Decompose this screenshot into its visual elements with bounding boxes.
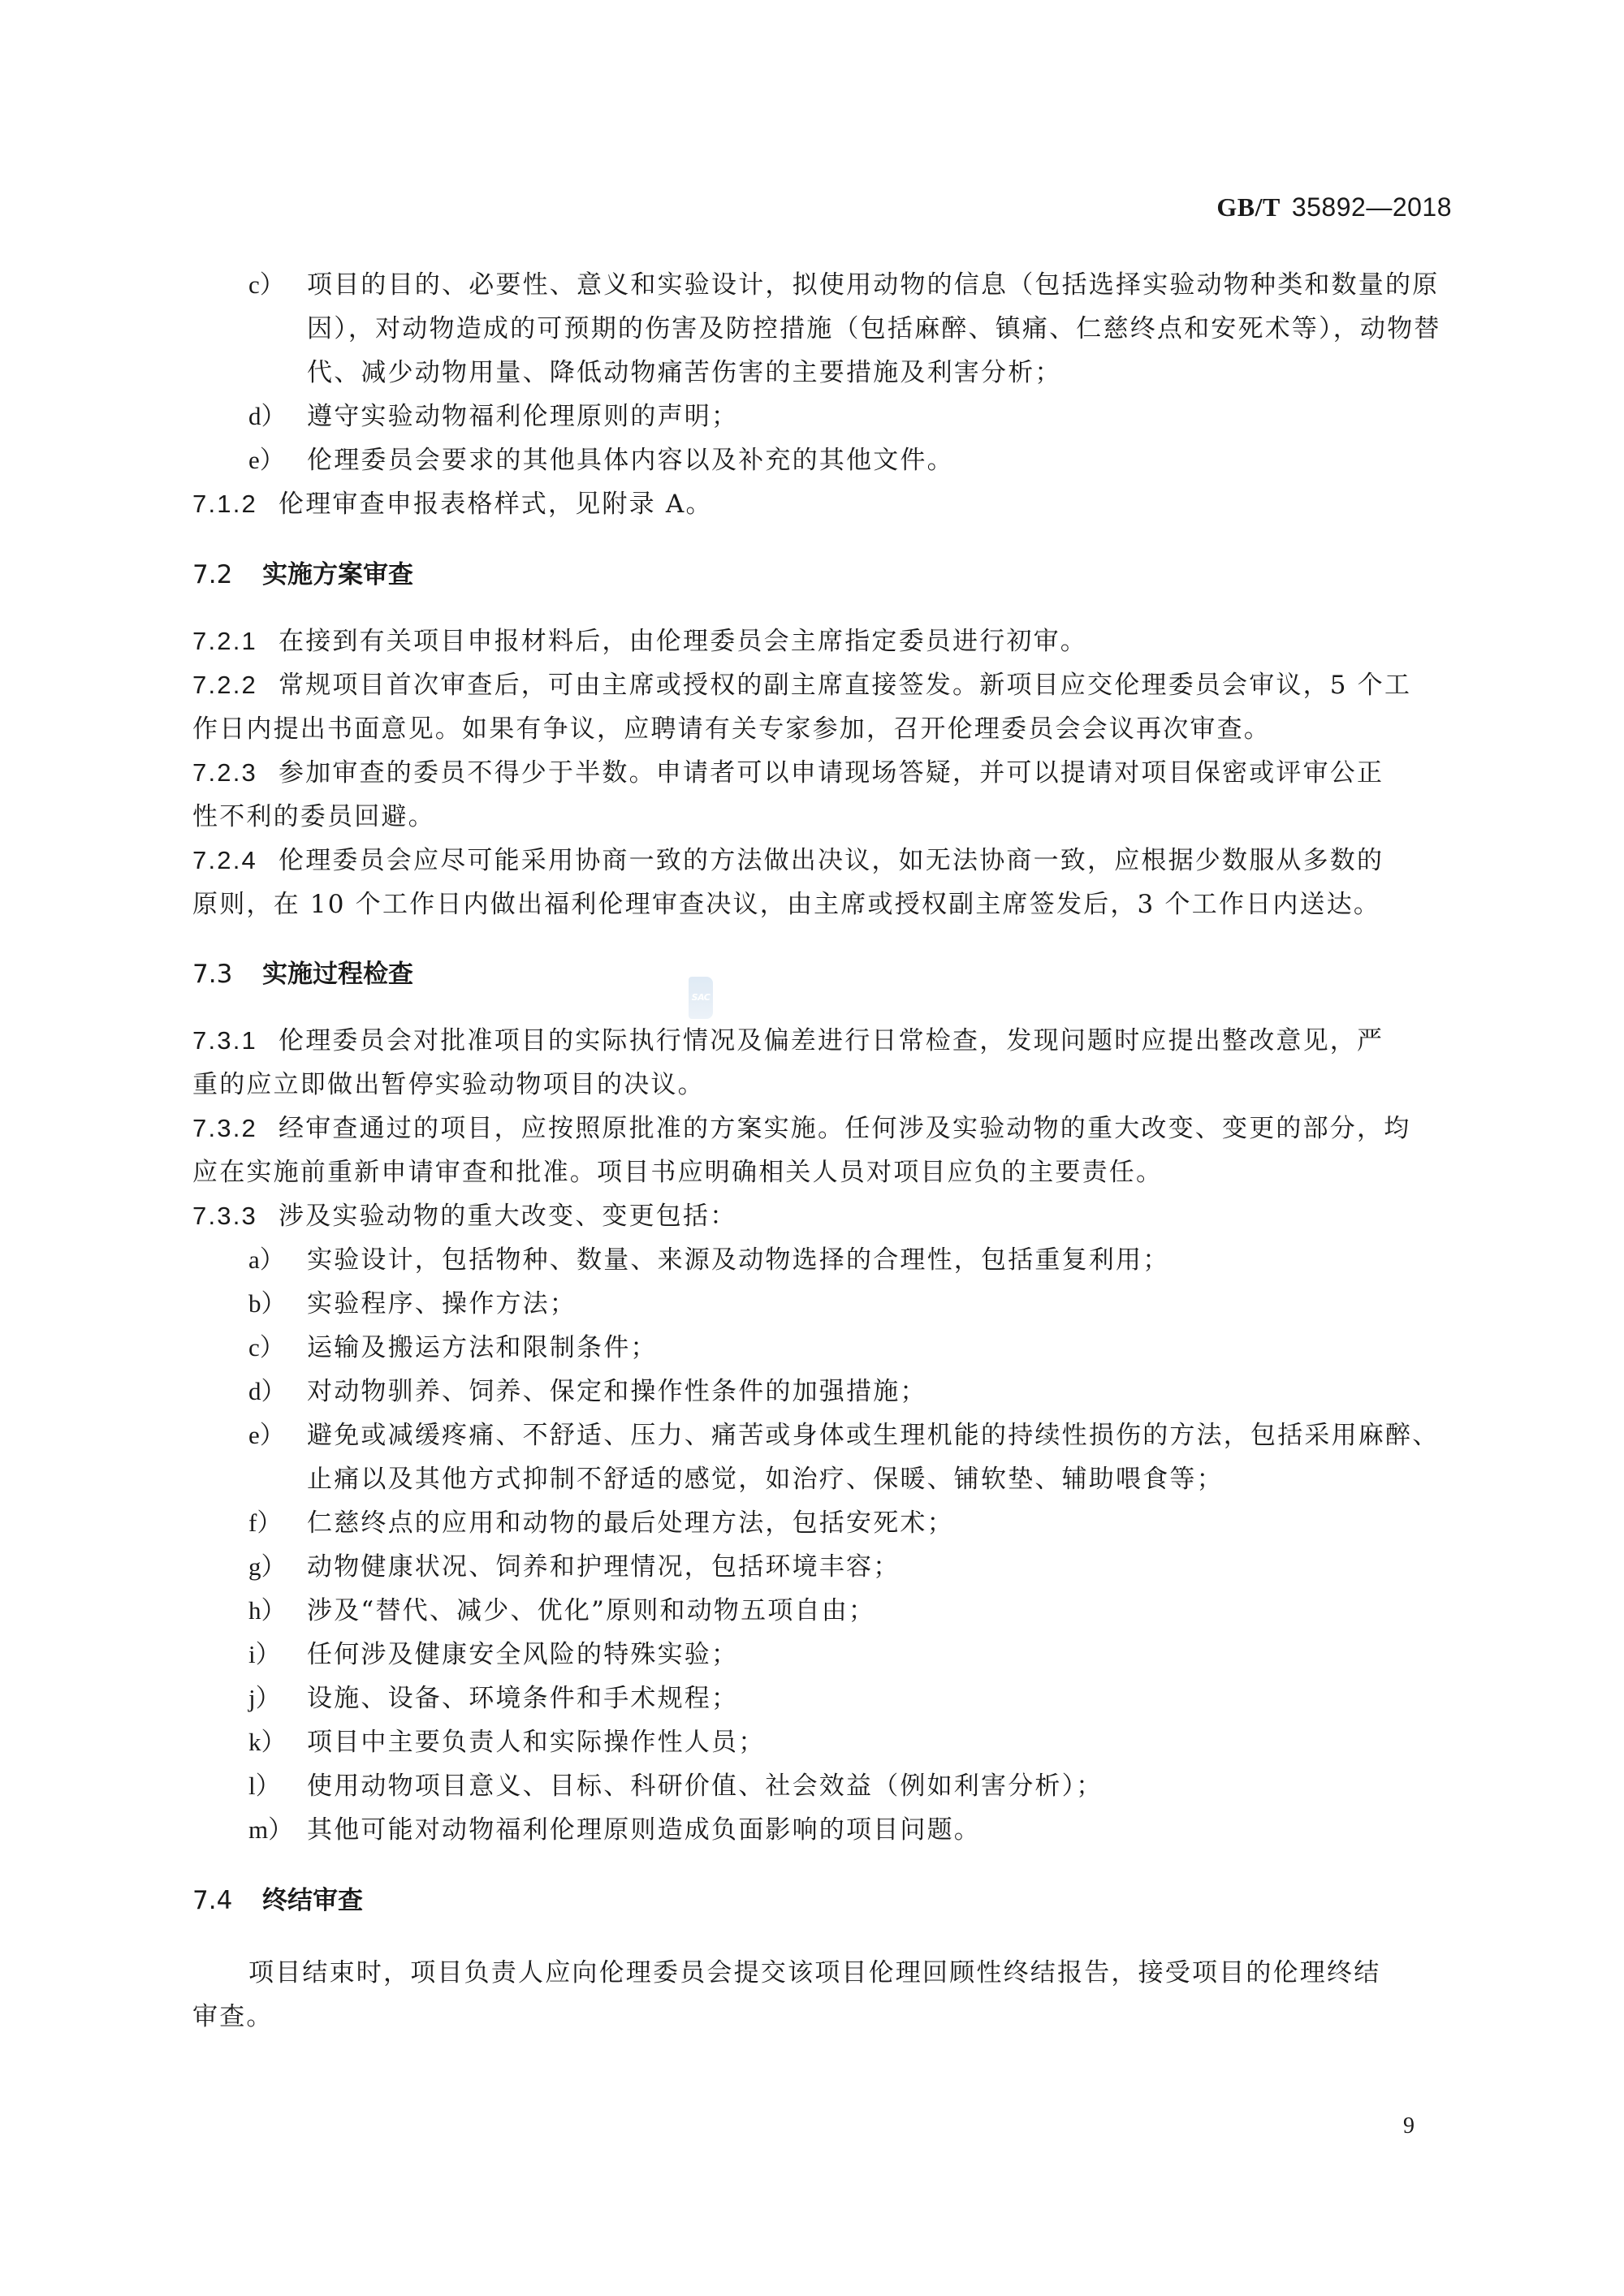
section-title: 实施过程检查 xyxy=(262,960,413,989)
clause-7-3-1: 7.3.1伦理委员会对批准项目的实际执行情况及偏差进行日常检查，发现问题时应提出… xyxy=(192,1025,1384,1057)
clause-number: 7.2.2 xyxy=(192,669,279,701)
paragraph-text: 项目结束时，项目负责人应向伦理委员会提交该项目伦理回顾性终结报告，接受项目的伦理… xyxy=(248,1957,1380,1989)
section-heading-7-3: 7.3实施过程检查 xyxy=(192,958,413,990)
list-item-text: 仁慈终点的应用和动物的最后处理方法，包括安死术； xyxy=(307,1507,954,1539)
list-item-text: 设施、设备、环境条件和手术规程； xyxy=(307,1682,738,1715)
list-item-text: 其他可能对动物福利伦理原则造成负面影响的项目问题。 xyxy=(307,1814,981,1846)
list-item-letter: a） xyxy=(248,1244,285,1276)
standard-prefix: GB/T xyxy=(1216,192,1280,222)
section-heading-7-4: 7.4终结审查 xyxy=(192,1884,363,1917)
clause-text: 伦理委员会对批准项目的实际执行情况及偏差进行日常检查，发现问题时应提出整改意见，… xyxy=(279,1026,1384,1055)
list-item-letter: d） xyxy=(248,400,287,433)
list-item-text: 伦理委员会要求的其他具体内容以及补充的其他文件。 xyxy=(307,444,954,477)
clause-7-1-2: 7.1.2伦理审查申报表格样式，见附录 A。 xyxy=(192,488,713,520)
clause-text-continued: 作日内提出书面意见。如果有争议，应聘请有关专家参加，召开伦理委员会会议再次审查。 xyxy=(192,713,1271,745)
clause-number: 7.2.4 xyxy=(192,844,279,877)
list-item-text: 涉及“替代、减少、优化”原则和动物五项自由； xyxy=(307,1595,875,1627)
list-item-text: 实验程序、操作方法； xyxy=(307,1288,577,1320)
clause-7-2-4: 7.2.4伦理委员会应尽可能采用协商一致的方法做出决议，如无法协商一致，应根据少… xyxy=(192,844,1384,877)
clause-text: 涉及实验动物的重大改变、变更包括： xyxy=(279,1202,736,1231)
clause-7-3-3: 7.3.3涉及实验动物的重大改变、变更包括： xyxy=(192,1200,736,1232)
section-number: 7.2 xyxy=(192,559,262,591)
clause-7-2-2: 7.2.2常规项目首次审查后，可由主席或授权的副主席直接签发。新项目应交伦理委员… xyxy=(192,669,1411,701)
list-item-text: 止痛以及其他方式抑制不舒适的感觉，如治疗、保暖、铺软垫、辅助喂食等； xyxy=(307,1463,1224,1495)
clause-number: 7.2.3 xyxy=(192,757,279,789)
paragraph-text-continued: 审查。 xyxy=(192,2000,274,2033)
list-item-text: 代、减少动物用量、降低动物痛苦伤害的主要措施及利害分析； xyxy=(307,356,1062,389)
clause-number: 7.3.1 xyxy=(192,1025,279,1057)
list-item-text: 因），对动物造成的可预期的伤害及防控措施（包括麻醉、镇痛、仁慈终点和安死术等），… xyxy=(307,313,1441,345)
list-item-letter: d） xyxy=(248,1375,287,1408)
clause-text: 参加审查的委员不得少于半数。申请者可以申请现场答疑，并可以提请对项目保密或评审公… xyxy=(279,758,1384,788)
list-item-letter: m） xyxy=(248,1814,293,1846)
list-item-letter: l） xyxy=(248,1770,281,1802)
section-title: 实施方案审查 xyxy=(262,560,413,589)
list-item-text: 使用动物项目意义、目标、科研价值、社会效益（例如利害分析）； xyxy=(307,1770,1104,1802)
clause-text-continued: 重的应立即做出暂停实验动物项目的决议。 xyxy=(192,1068,705,1101)
list-item-letter: j） xyxy=(248,1682,281,1715)
clause-text-continued: 性不利的委员回避。 xyxy=(192,801,435,833)
list-item-text: 任何涉及健康安全风险的特殊实验； xyxy=(307,1638,738,1671)
clause-7-3-2: 7.3.2经审查通过的项目，应按照原批准的方案实施。任何涉及实验动物的重大改变、… xyxy=(192,1112,1410,1145)
list-item-text: 遵守实验动物福利伦理原则的声明； xyxy=(307,400,738,433)
clause-text: 伦理审查申报表格样式，见附录 A。 xyxy=(279,490,713,519)
list-item-letter: h） xyxy=(248,1595,287,1627)
list-item-letter: i） xyxy=(248,1638,281,1671)
clause-number: 7.1.2 xyxy=(192,488,279,520)
clause-text: 常规项目首次审查后，可由主席或授权的副主席直接签发。新项目应交伦理委员会审议，5… xyxy=(279,671,1411,700)
clause-7-2-3: 7.2.3参加审查的委员不得少于半数。申请者可以申请现场答疑，并可以提请对项目保… xyxy=(192,757,1384,789)
page-number: 9 xyxy=(1403,2113,1415,2139)
clause-text-continued: 应在实施前重新申请审查和批准。项目书应明确相关人员对项目应负的主要责任。 xyxy=(192,1156,1163,1189)
list-item-letter: e） xyxy=(248,444,285,477)
list-item-text: 项目中主要负责人和实际操作性人员； xyxy=(307,1726,765,1759)
clause-number: 7.2.1 xyxy=(192,625,279,658)
clause-number: 7.3.2 xyxy=(192,1112,279,1145)
list-item-letter: k） xyxy=(248,1726,287,1759)
list-item-letter: e） xyxy=(248,1419,285,1452)
section-number: 7.3 xyxy=(192,958,262,990)
section-title: 终结审查 xyxy=(262,1886,363,1915)
standard-code-header: GB/T35892—2018 xyxy=(1216,192,1452,222)
document-page: GB/T35892—2018 c） 项目的目的、必要性、意义和实验设计，拟使用动… xyxy=(0,0,1624,2296)
section-number: 7.4 xyxy=(192,1884,262,1917)
clause-7-2-1: 7.2.1在接到有关项目申报材料后，由伦理委员会主席指定委员进行初审。 xyxy=(192,625,1087,658)
clause-text: 伦理委员会应尽可能采用协商一致的方法做出决议，如无法协商一致，应根据少数服从多数… xyxy=(279,846,1384,875)
list-item-letter: g） xyxy=(248,1551,287,1583)
sac-watermark-logo: SAC xyxy=(689,977,713,1019)
list-item-text: 对动物驯养、饲养、保定和操作性条件的加强措施； xyxy=(307,1375,927,1408)
clause-number: 7.3.3 xyxy=(192,1200,279,1232)
list-item-text: 实验设计，包括物种、数量、来源及动物选择的合理性，包括重复利用； xyxy=(307,1244,1169,1276)
list-item-letter: b） xyxy=(248,1288,287,1320)
list-item-text: 动物健康状况、饲养和护理情况，包括环境丰容； xyxy=(307,1551,900,1583)
list-item-text: 项目的目的、必要性、意义和实验设计，拟使用动物的信息（包括选择实验动物种类和数量… xyxy=(307,269,1439,301)
clause-text: 经审查通过的项目，应按照原批准的方案实施。任何涉及实验动物的重大改变、变更的部分… xyxy=(279,1114,1410,1143)
clause-text-continued: 原则，在 10 个工作日内做出福利伦理审查决议，由主席或授权副主席签发后，3 个… xyxy=(192,888,1380,921)
list-item-letter: c） xyxy=(248,1331,285,1364)
list-item-letter: c） xyxy=(248,269,285,301)
list-item-text: 避免或减缓疼痛、不舒适、压力、痛苦或身体或生理机能的持续性损伤的方法，包括采用麻… xyxy=(307,1419,1439,1452)
section-heading-7-2: 7.2实施方案审查 xyxy=(192,559,413,591)
clause-text: 在接到有关项目申报材料后，由伦理委员会主席指定委员进行初审。 xyxy=(279,627,1087,656)
list-item-letter: f） xyxy=(248,1507,282,1539)
list-item-text: 运输及搬运方法和限制条件； xyxy=(307,1331,658,1364)
standard-number: 35892—2018 xyxy=(1292,192,1452,222)
